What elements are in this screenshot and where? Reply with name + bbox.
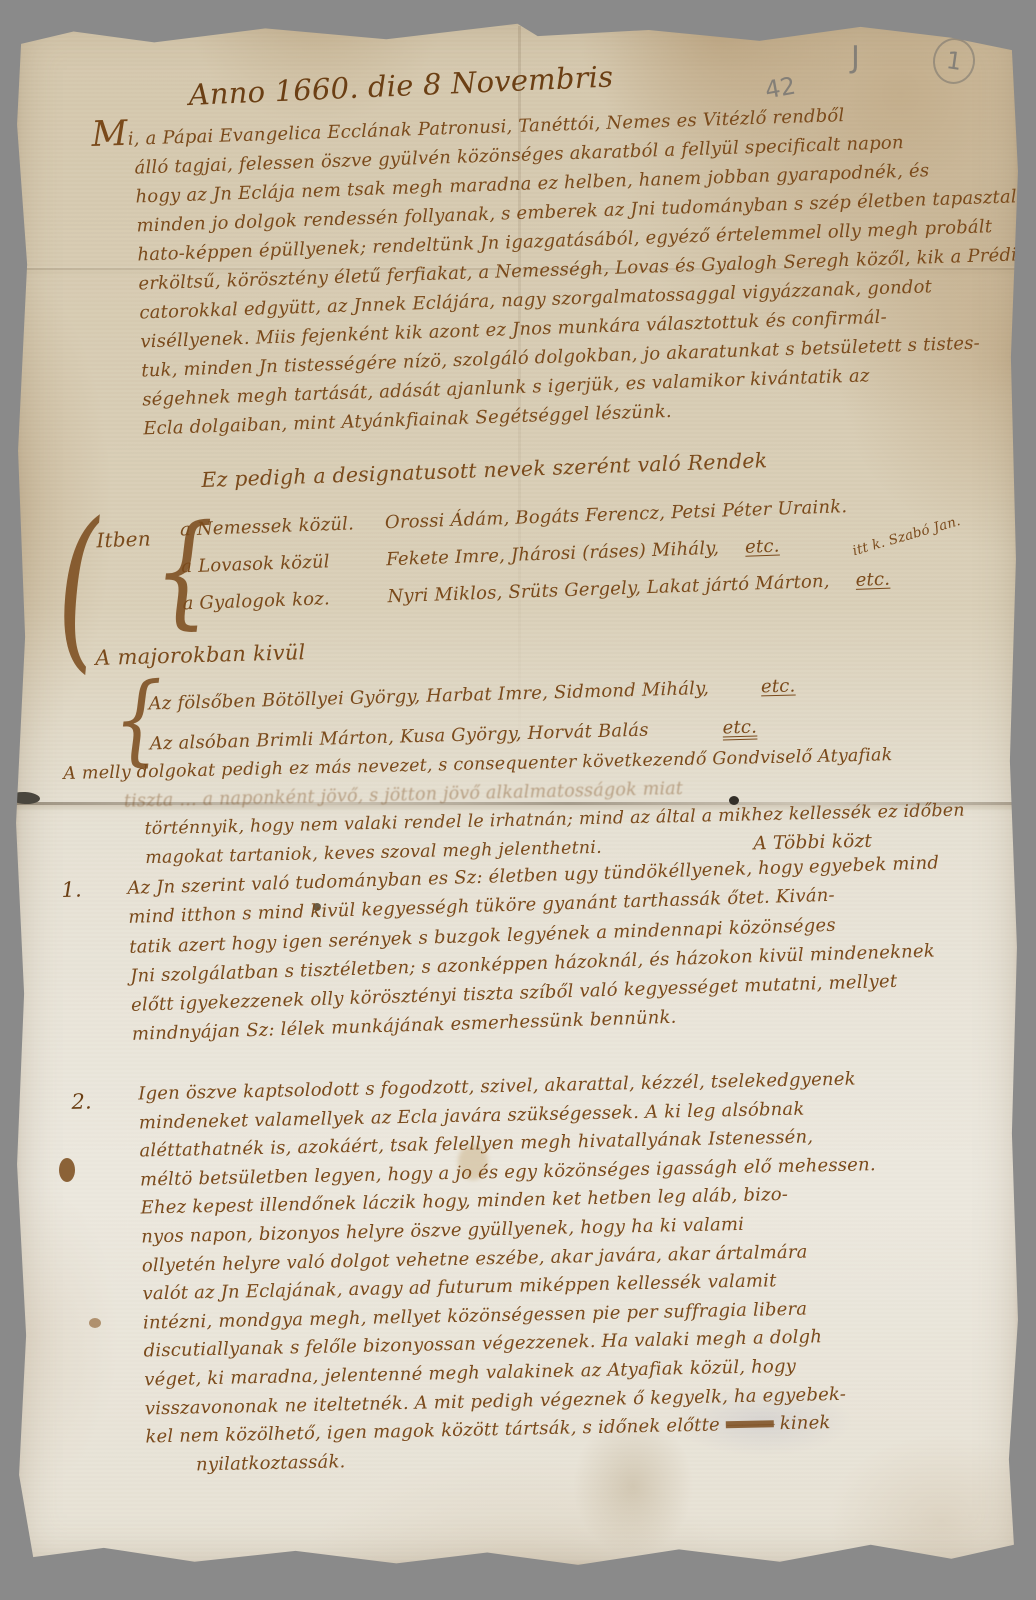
pencil-letter: J bbox=[851, 40, 860, 75]
etc-mark: etc. bbox=[722, 708, 758, 749]
manuscript-page: 42 J 1 Anno 1660. die 8 Novembris Mi, a … bbox=[13, 16, 1022, 1568]
pencil-circled-number-value: 1 bbox=[944, 46, 963, 76]
article-lines: Az Jn szerint való tudományban es Sz: él… bbox=[127, 847, 996, 1050]
article-1: 1. Az Jn szerint való tudományban es Sz:… bbox=[61, 847, 996, 1052]
town-rows: a Nemessek közül. Orossi Ádám, Bogáts Fe… bbox=[179, 487, 890, 623]
etc-mark: etc. bbox=[855, 561, 891, 599]
article-lines: Igen öszve kaptsolodott s fogodzott, szi… bbox=[138, 1063, 1005, 1424]
last-line-post: kinek bbox=[774, 1412, 831, 1434]
crossed-out-word: ——— bbox=[726, 1413, 774, 1435]
town-bracket-label: Itben bbox=[96, 526, 151, 552]
article-number: 2. bbox=[71, 1090, 92, 1114]
etc-mark: etc. bbox=[744, 528, 780, 566]
etc-mark: etc. bbox=[760, 666, 796, 707]
article-number: 1. bbox=[61, 877, 82, 902]
edge-tear bbox=[10, 791, 41, 805]
scanner-background: { "colors": { "background": "#8a8a8a", "… bbox=[0, 0, 1036, 1600]
category-label: a Gyalogok koz. bbox=[182, 578, 388, 622]
opening-paragraph: Mi, a Pápai Evangelica Ecclának Patronus… bbox=[91, 90, 1019, 445]
pencil-circled-number: 1 bbox=[930, 35, 978, 86]
article-2: 2. Igen öszve kaptsolodott s fogodzott, … bbox=[68, 1063, 1006, 1483]
